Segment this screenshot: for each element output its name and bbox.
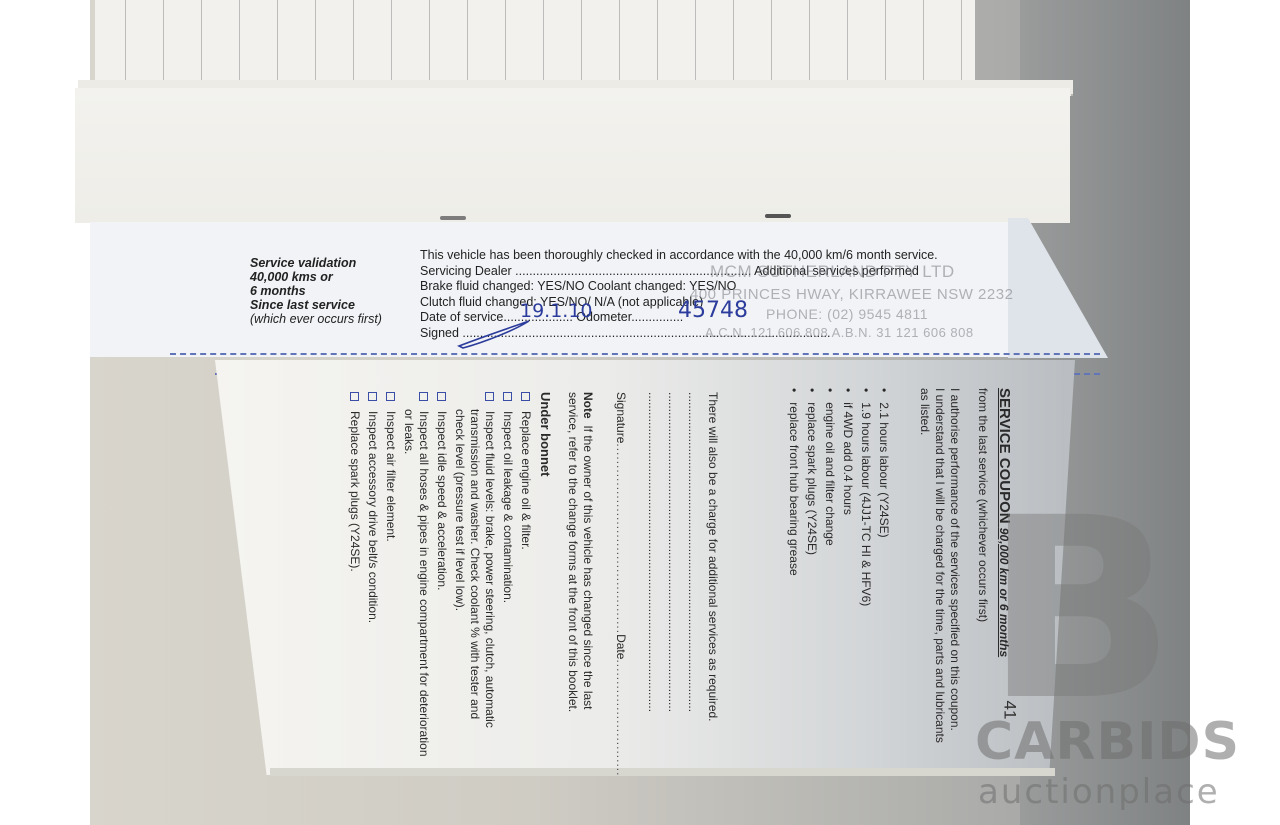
authorise-line: as listed. [917, 388, 932, 435]
signature-date-row: Signature...............................… [613, 392, 628, 776]
checklist-item[interactable]: Replace spark plugs (Y24SE). [347, 392, 362, 572]
date-label: Date [614, 634, 628, 659]
dealer-stamp-ids: A.C.N. 121 606 808 A.B.N. 31 121 606 808 [705, 325, 974, 340]
bullet-item: • 1.9 hours labour (4JJ1-TC HI & HFV6) [858, 388, 873, 606]
under-bonnet-heading: Under bonnet [538, 392, 553, 477]
checklist-item[interactable]: Inspect all hoses & pipes in engine comp… [416, 392, 431, 757]
watermark-tagline: auctionplace [978, 772, 1220, 812]
checklist-item-cont: or leaks. [401, 409, 416, 454]
authorise-line: I understand that I will be charged for … [932, 388, 947, 743]
handwritten-odometer: 45748 [678, 298, 748, 323]
checkbox[interactable] [386, 392, 395, 401]
checklist-item[interactable]: Inspect idle speed & acceleration. [434, 392, 449, 590]
checklist-item[interactable]: Inspect oil leakage & contamination. [500, 392, 515, 603]
note-line: service, refer to the change forms at th… [565, 392, 580, 712]
validation-label-note: (which ever occurs first) [250, 312, 382, 326]
bullet-item: • engine oil and filter change [822, 388, 837, 546]
note-label: Note [581, 392, 595, 419]
additional-line: ........................................… [645, 392, 660, 712]
watermark-brand: CARBIDS [975, 712, 1240, 772]
validation-label-line: Since last service [250, 298, 382, 312]
authorise-line: I authorise performance of the services … [947, 388, 962, 731]
coupon-title-text: SERVICE COUPON [996, 388, 1013, 524]
bullet-item: • replace front hub bearing grease [786, 388, 801, 576]
checkbox[interactable] [419, 392, 428, 401]
handwritten-signature [455, 318, 535, 352]
note-line: Note If the owner of this vehicle has ch… [580, 392, 595, 710]
checklist-item-cont: check level (pressure test if level low)… [452, 409, 467, 611]
checkbox[interactable] [503, 392, 512, 401]
page-edge [270, 768, 1055, 776]
checklist-item[interactable]: Inspect air filter element. [383, 392, 398, 542]
bullet-item: • 2.1 hours labour (Y24SE) [876, 388, 891, 538]
perforated-pages-stack [95, 0, 975, 85]
additional-line: ........................................… [665, 392, 680, 712]
additional-charge-text: There will also be a charge for addition… [705, 392, 720, 722]
dealer-stamp-phone: PHONE: (02) 9545 4811 [766, 306, 928, 322]
checkbox[interactable] [485, 392, 494, 401]
validation-label: Service validation 40,000 kms or 6 month… [250, 256, 382, 326]
additional-line: ........................................… [685, 392, 700, 712]
carbids-logo-icon: B [985, 505, 1255, 715]
bullet-item: • replace spark plugs (Y24SE) [804, 388, 819, 555]
checkbox[interactable] [350, 392, 359, 401]
checklist-item[interactable]: Inspect fluid levels: brake, power steer… [482, 392, 497, 728]
validation-label-line: 6 months [250, 284, 382, 298]
cut-line [170, 353, 1100, 355]
bullet-item: • if 4WD add 0.4 hours [840, 388, 855, 515]
staple [765, 214, 791, 218]
checkbox[interactable] [521, 392, 530, 401]
checkbox[interactable] [368, 392, 377, 401]
validation-label-line: Service validation [250, 256, 382, 270]
checklist-item-cont: transmission and washer. Check coolant %… [467, 409, 482, 719]
folded-flap-back [75, 88, 1070, 223]
checklist-item[interactable]: Replace engine oil & filter. [518, 392, 533, 550]
checklist-item[interactable]: Inspect accessory drive belt/s condition… [365, 392, 380, 623]
signature-label: Signature [614, 392, 628, 443]
checkbox[interactable] [437, 392, 446, 401]
validation-label-line: 40,000 kms or [250, 270, 382, 284]
staple [440, 216, 466, 220]
dealer-stamp-name: MCM SUTHERLAND PTY LTD [710, 262, 955, 282]
